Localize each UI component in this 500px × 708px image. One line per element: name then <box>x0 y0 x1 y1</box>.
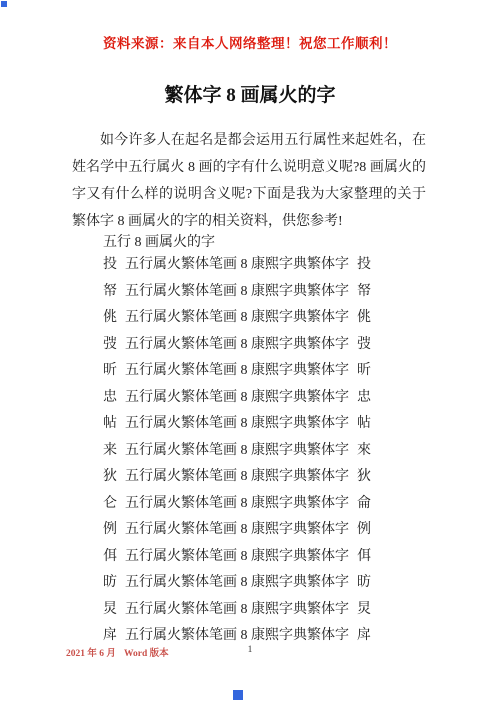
character-row-label: 五行属火繁体笔画 8 康熙字典繁体字 <box>125 469 349 484</box>
character-traditional: 戽 <box>357 628 371 643</box>
character-traditional: 昕 <box>357 363 371 378</box>
character-list: 投五行属火繁体笔画 8 康熙字典繁体字投帑五行属火繁体笔画 8 康熙字典繁体字帑… <box>103 252 433 650</box>
character-simplified: 投 <box>103 257 117 272</box>
character-row-label: 五行属火繁体笔画 8 康熙字典繁体字 <box>125 575 349 590</box>
character-row: 来五行属火繁体笔画 8 康熙字典繁体字來 <box>103 438 433 465</box>
character-row: 例五行属火繁体笔画 8 康熙字典繁体字例 <box>103 517 433 544</box>
character-simplified: 戽 <box>103 628 117 643</box>
character-traditional: 忠 <box>357 390 371 405</box>
character-traditional: 弢 <box>357 337 371 352</box>
footer-page-number: 1 <box>0 645 500 655</box>
character-row: 弢五行属火繁体笔画 8 康熙字典繁体字弢 <box>103 332 433 359</box>
character-row-label: 五行属火繁体笔画 8 康熙字典繁体字 <box>125 363 349 378</box>
character-row: 帖五行属火繁体笔画 8 康熙字典繁体字帖 <box>103 411 433 438</box>
character-row-label: 五行属火繁体笔画 8 康熙字典繁体字 <box>125 337 349 352</box>
source-notice: 资料来源：来自本人网络整理！祝您工作顺利！ <box>0 32 500 52</box>
document-page: 资料来源：来自本人网络整理！祝您工作顺利！ 繁体字 8 画属火的字 如今许多人在… <box>0 0 500 708</box>
character-simplified: 昉 <box>103 575 117 590</box>
character-row-label: 五行属火繁体笔画 8 康熙字典繁体字 <box>125 416 349 431</box>
character-row-label: 五行属火繁体笔画 8 康熙字典繁体字 <box>125 522 349 537</box>
character-row-label: 五行属火繁体笔画 8 康熙字典繁体字 <box>125 284 349 299</box>
character-row: 佴五行属火繁体笔画 8 康熙字典繁体字佴 <box>103 544 433 571</box>
page-footer: 2021 年 6 月 Word 版本 1 <box>0 645 500 659</box>
character-row-label: 五行属火繁体笔画 8 康熙字典繁体字 <box>125 390 349 405</box>
character-row: 炅五行属火繁体笔画 8 康熙字典繁体字炅 <box>103 597 433 624</box>
section-heading: 五行 8 画属火的字 <box>103 233 215 253</box>
character-traditional: 侖 <box>357 496 371 511</box>
character-simplified: 帑 <box>103 284 117 299</box>
character-traditional: 炅 <box>357 602 371 617</box>
character-row: 仑五行属火繁体笔画 8 康熙字典繁体字侖 <box>103 491 433 518</box>
character-simplified: 弢 <box>103 337 117 352</box>
character-traditional: 帖 <box>357 416 371 431</box>
intro-paragraph: 如今许多人在起名是都会运用五行属性来起姓名，在姓名学中五行属火 8 画的字有什么… <box>72 127 426 235</box>
character-traditional: 來 <box>357 443 371 458</box>
character-row-label: 五行属火繁体笔画 8 康熙字典繁体字 <box>125 549 349 564</box>
character-simplified: 例 <box>103 522 117 537</box>
character-traditional: 投 <box>357 257 371 272</box>
blue-marker-bottom-icon <box>233 690 243 700</box>
character-row: 佻五行属火繁体笔画 8 康熙字典繁体字佻 <box>103 305 433 332</box>
character-simplified: 昕 <box>103 363 117 378</box>
character-traditional: 帑 <box>357 284 371 299</box>
character-simplified: 狄 <box>103 469 117 484</box>
character-row: 忠五行属火繁体笔画 8 康熙字典繁体字忠 <box>103 385 433 412</box>
character-row-label: 五行属火繁体笔画 8 康熙字典繁体字 <box>125 628 349 643</box>
character-row-label: 五行属火繁体笔画 8 康熙字典繁体字 <box>125 257 349 272</box>
character-row-label: 五行属火繁体笔画 8 康熙字典繁体字 <box>125 310 349 325</box>
character-traditional: 佻 <box>357 310 371 325</box>
character-traditional: 狄 <box>357 469 371 484</box>
character-simplified: 佴 <box>103 549 117 564</box>
character-simplified: 帖 <box>103 416 117 431</box>
character-row: 投五行属火繁体笔画 8 康熙字典繁体字投 <box>103 252 433 279</box>
character-simplified: 佻 <box>103 310 117 325</box>
character-row: 狄五行属火繁体笔画 8 康熙字典繁体字狄 <box>103 464 433 491</box>
character-row: 昕五行属火繁体笔画 8 康熙字典繁体字昕 <box>103 358 433 385</box>
character-simplified: 忠 <box>103 390 117 405</box>
character-traditional: 例 <box>357 522 371 537</box>
character-traditional: 昉 <box>357 575 371 590</box>
character-row-label: 五行属火繁体笔画 8 康熙字典繁体字 <box>125 443 349 458</box>
character-traditional: 佴 <box>357 549 371 564</box>
character-row-label: 五行属火繁体笔画 8 康熙字典繁体字 <box>125 496 349 511</box>
character-row: 昉五行属火繁体笔画 8 康熙字典繁体字昉 <box>103 570 433 597</box>
blue-marker-top-left-icon <box>1 1 7 7</box>
character-simplified: 仑 <box>103 496 117 511</box>
character-row-label: 五行属火繁体笔画 8 康熙字典繁体字 <box>125 602 349 617</box>
character-simplified: 炅 <box>103 602 117 617</box>
page-title: 繁体字 8 画属火的字 <box>0 80 500 107</box>
character-simplified: 来 <box>103 443 117 458</box>
character-row: 帑五行属火繁体笔画 8 康熙字典繁体字帑 <box>103 279 433 306</box>
